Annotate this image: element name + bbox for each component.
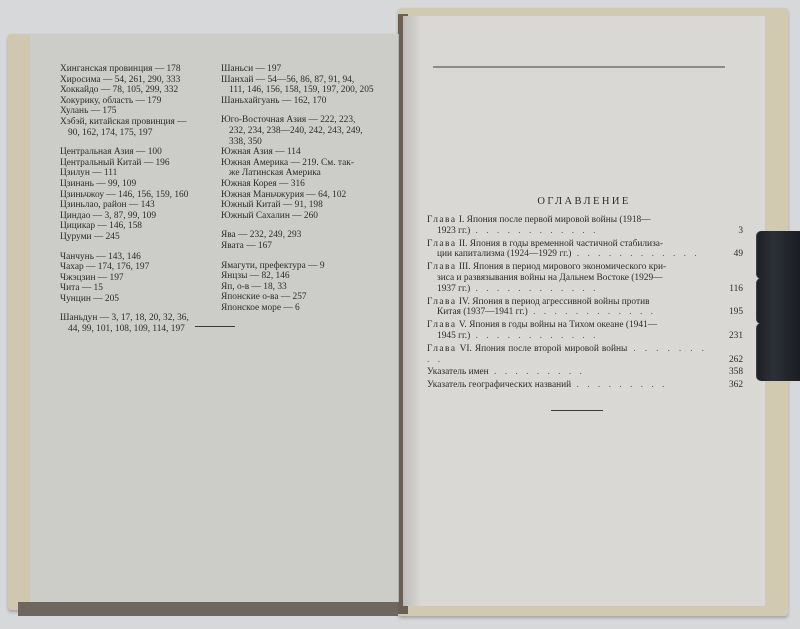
index-entry: Явата — 167 [221,241,381,252]
leader-dots: . . . . . . . . . [571,380,667,390]
toc-entry-title: Глава III. Япония в период мирового экон… [427,262,707,273]
toc-entry-continuation: зиса и развязывания войны на Дальнем Вос… [427,273,707,284]
index-entry: Шаньхайгуань — 162, 170 [221,96,381,107]
toc-entry: Указатель имен . . . . . . . . .358 [427,367,743,378]
toc-entry: Глава VI. Япония после второй мировой во… [427,344,743,366]
index-entry-continuation: 111, 146, 156, 158, 159, 197, 200, 205 [221,85,381,96]
index-entry: Южная Корея — 316 [221,179,381,190]
index-entry: Центральный Китай — 196 [60,158,218,169]
toc-entry-title: Глава I. Япония после первой мировой вой… [427,215,707,226]
index-entry-text: Японские о-ва — 257 [221,292,307,302]
toc-line-text: Китая (1937—1941 гг.) [437,307,528,317]
index-entry-text: Юго-Восточная Азия — 222, 223, [221,115,355,125]
toc-line-text: зиса и развязывания войны на Дальнем Вос… [437,273,663,283]
toc-chapter-label: Глава [427,320,457,330]
header-rule [433,66,725,68]
index-entry: Чахар — 174, 176, 197 [60,262,218,273]
index-entry-text: Цуруми — 245 [60,232,120,242]
toc-page-number: 358 [713,367,743,378]
index-entry: Юго-Восточная Азия — 222, 223,232, 234, … [221,115,381,147]
index-entry-text: Цзиньлао, район — 143 [60,200,155,210]
end-rule [551,410,603,411]
index-entry: Японские о-ва — 257 [221,292,381,303]
index-entry-text: Цзинань — 99, 109 [60,179,136,189]
toc-page-number: 362 [713,380,743,391]
index-entry: Хинганская провинция — 178 [60,64,218,75]
toc-chapter-title: I. Япония после первой мировой войны (19… [457,215,651,225]
index-entry: Ява — 232, 249, 293 [221,230,381,241]
page-block-edge [18,602,398,616]
index-entry: Цицикар — 146, 158 [60,221,218,232]
index-entry: Шаньдун — 3, 17, 18, 20, 32, 36,44, 99, … [60,313,218,334]
index-entry: Яп, о-в — 18, 33 [221,282,381,293]
index-entry-text: Янцзы — 82, 146 [221,271,290,281]
toc-entry: Глава IV. Япония в период агрессивной во… [427,297,743,319]
toc-line-text: ции капитализма (1924—1929 гг.) [437,249,571,259]
index-entry-text: Японское море — 6 [221,303,300,313]
toc-chapter-title: V. Япония в годы войны на Тихом океане (… [457,320,658,330]
index-entry-continuation: же Латинская Америка [221,168,381,179]
index-entry-text: Южный Китай — 91, 198 [221,200,323,210]
index-entry: Японское море — 6 [221,303,381,314]
toc-entry: Указатель географических названий . . . … [427,380,743,391]
page-gutter [403,16,421,606]
right-page-contents: ОГЛАВЛЕНИЕ Глава I. Япония после первой … [403,16,765,606]
index-entry-text: Циндао — 3, 87, 99, 109 [60,211,156,221]
index-entry: Хокурику, область — 179 [60,96,218,107]
index-entry-text: Южная Америка — 219. См. так- [221,158,354,168]
toc-chapter-title: II. Япония в годы временной частичной ст… [457,239,664,249]
index-entry: Циндао — 3, 87, 99, 109 [60,211,218,222]
toc-entry-continuation: 1923 гг.) . . . . . . . . . . . . [427,226,707,237]
table-of-contents: Глава I. Япония после первой мировой вой… [427,215,743,393]
index-entry: Чунцин — 205 [60,294,218,305]
toc-chapter-label: Глава [427,215,457,225]
index-entry: Южная Маньчжурия — 64, 102 [221,190,381,201]
index-entry: Шанхай — 54—56, 86, 87, 91, 94,111, 146,… [221,75,381,96]
left-page-index: Хинганская провинция — 178Хиросима — 54,… [30,34,399,602]
index-gap [221,106,381,115]
toc-entry-title: Глава VI. Япония после второй мировой во… [427,344,707,366]
toc-page-number: 49 [713,249,743,260]
index-entry-text: Шаньдун — 3, 17, 18, 20, 32, 36, [60,313,189,323]
toc-entry-continuation: ции капитализма (1924—1929 гг.) . . . . … [427,249,707,260]
index-entry: Шаньси — 197 [221,64,381,75]
index-entry-text: Цзилун — 111 [60,168,117,178]
leader-dots: . . . . . . . . . . . . [470,284,598,294]
leader-dots: . . . . . . . . . [489,367,585,377]
end-rule [195,326,235,327]
index-entry-text: Чжэцзин — 197 [60,273,124,283]
binder-clip [756,278,800,324]
index-column-2: Шаньси — 197Шанхай — 54—56, 86, 87, 91, … [221,64,381,313]
index-entry: Цуруми — 245 [60,232,218,243]
toc-chapter-title: VI. Япония после второй мировой войны [457,344,628,354]
binder-clip [756,231,800,279]
toc-title: ОГЛАВЛЕНИЕ [403,196,765,207]
index-entry-text: Шаньси — 197 [221,64,281,74]
leader-dots: . . . . . . . . . . . . [571,249,699,259]
index-entry-text: Хиросима — 54, 261, 290, 333 [60,75,180,85]
index-entry: Центральная Азия — 100 [60,147,218,158]
index-entry: Чита — 15 [60,283,218,294]
index-entry-text: Чахар — 174, 176, 197 [60,262,149,272]
index-entry-text: Южный Сахалин — 260 [221,211,318,221]
index-entry-text: Чита — 15 [60,283,103,293]
toc-chapter-label: Глава [427,239,457,249]
index-entry: Южная Америка — 219. См. так-же Латинска… [221,158,381,179]
toc-page-number: 195 [713,307,743,318]
toc-entry-title: Указатель географических названий . . . … [427,380,707,391]
index-entry: Чанчунь — 143, 146 [60,252,218,263]
index-gap [221,221,381,230]
index-gap [221,252,381,261]
toc-entry-continuation: Китая (1937—1941 гг.) . . . . . . . . . … [427,307,707,318]
toc-entry: Глава III. Япония в период мирового экон… [427,262,743,294]
toc-entry-title: Глава II. Япония в годы временной частич… [427,239,707,250]
index-entry: Цзинань — 99, 109 [60,179,218,190]
index-entry: Южный Китай — 91, 198 [221,200,381,211]
toc-page-number: 116 [713,284,743,295]
toc-chapter-title: Указатель географических названий [427,380,571,390]
index-entry: Цзилун — 111 [60,168,218,179]
index-entry-text: Цицикар — 146, 158 [60,221,142,231]
toc-page-number: 262 [713,355,743,366]
index-entry: Хэбэй, китайская провинция —90, 162, 174… [60,117,218,138]
leader-dots: . . . . . . . . . . . . [470,331,598,341]
index-entry: Хоккайдо — 78, 105, 299, 332 [60,85,218,96]
toc-entry-title: Указатель имен . . . . . . . . . [427,367,707,378]
toc-entry-continuation: 1937 гг.) . . . . . . . . . . . . [427,284,707,295]
index-gap [60,304,218,313]
toc-entry-title: Глава V. Япония в годы войны на Тихом ок… [427,320,707,331]
index-entry-text: Хинганская провинция — 178 [60,64,181,74]
toc-entry: Глава I. Япония после первой мировой вой… [427,215,743,237]
toc-entry-continuation: 1945 гг.) . . . . . . . . . . . . [427,331,707,342]
index-entry: Хулань — 175 [60,106,218,117]
index-entry: Цзиньлао, район — 143 [60,200,218,211]
index-entry-text: Явата — 167 [221,241,272,251]
index-gap [60,138,218,147]
index-entry-text: Шанхай — 54—56, 86, 87, 91, 94, [221,75,354,85]
index-entry: Южный Сахалин — 260 [221,211,381,222]
index-entry-continuation: 90, 162, 174, 175, 197 [60,128,218,139]
leader-dots: . . . . . . . . . . . . [528,307,656,317]
toc-chapter-title: Указатель имен [427,367,489,377]
toc-chapter-label: Глава [427,344,457,354]
toc-chapter-title: IV. Япония в период агрессивной войны пр… [457,297,650,307]
index-gap [60,243,218,252]
index-entry-text: Хокурику, область — 179 [60,96,161,106]
toc-chapter-title: III. Япония в период мирового экономичес… [457,262,667,272]
index-entry-text: Хоккайдо — 78, 105, 299, 332 [60,85,178,95]
toc-line-text: 1945 гг.) [437,331,470,341]
toc-entry: Глава II. Япония в годы временной частич… [427,239,743,261]
index-entry-text: Южная Корея — 316 [221,179,305,189]
index-entry-text: Чунцин — 205 [60,294,119,304]
index-entry: Ямагути, префектура — 9 [221,261,381,272]
index-entry-text: Чанчунь — 143, 146 [60,252,141,262]
index-entry: Чжэцзин — 197 [60,273,218,284]
toc-line-text: 1923 гг.) [437,226,470,236]
binder-clip [756,323,800,381]
index-entry-text: Ямагути, префектура — 9 [221,261,325,271]
index-entry: Цзиньчжоу — 146, 156, 159, 160 [60,190,218,201]
index-entry-text: Южная Маньчжурия — 64, 102 [221,190,346,200]
index-entry: Хиросима — 54, 261, 290, 333 [60,75,218,86]
index-entry-text: Хулань — 175 [60,106,116,116]
toc-line-text: 1937 гг.) [437,284,470,294]
index-entry-text: Ява — 232, 249, 293 [221,230,301,240]
toc-page-number: 3 [713,226,743,237]
index-entry-continuation: 232, 234, 238—240, 242, 243, 249, 338, 3… [221,126,381,147]
index-entry-text: Яп, о-в — 18, 33 [221,282,287,292]
index-entry-text: Хэбэй, китайская провинция — [60,117,187,127]
index-entry-text: Шаньхайгуань — 162, 170 [221,96,326,106]
leader-dots: . . . . . . . . . . . . [470,226,598,236]
toc-page-number: 231 [713,331,743,342]
index-column-1: Хинганская провинция — 178Хиросима — 54,… [60,64,218,335]
toc-chapter-label: Глава [427,297,457,307]
toc-chapter-label: Глава [427,262,457,272]
toc-entry-title: Глава IV. Япония в период агрессивной во… [427,297,707,308]
index-entry-text: Цзиньчжоу — 146, 156, 159, 160 [60,190,188,200]
index-entry-text: Центральная Азия — 100 [60,147,162,157]
index-entry-text: Южная Азия — 114 [221,147,301,157]
toc-entry: Глава V. Япония в годы войны на Тихом ок… [427,320,743,342]
index-entry: Южная Азия — 114 [221,147,381,158]
index-entry-text: Центральный Китай — 196 [60,158,170,168]
index-entry: Янцзы — 82, 146 [221,271,381,282]
